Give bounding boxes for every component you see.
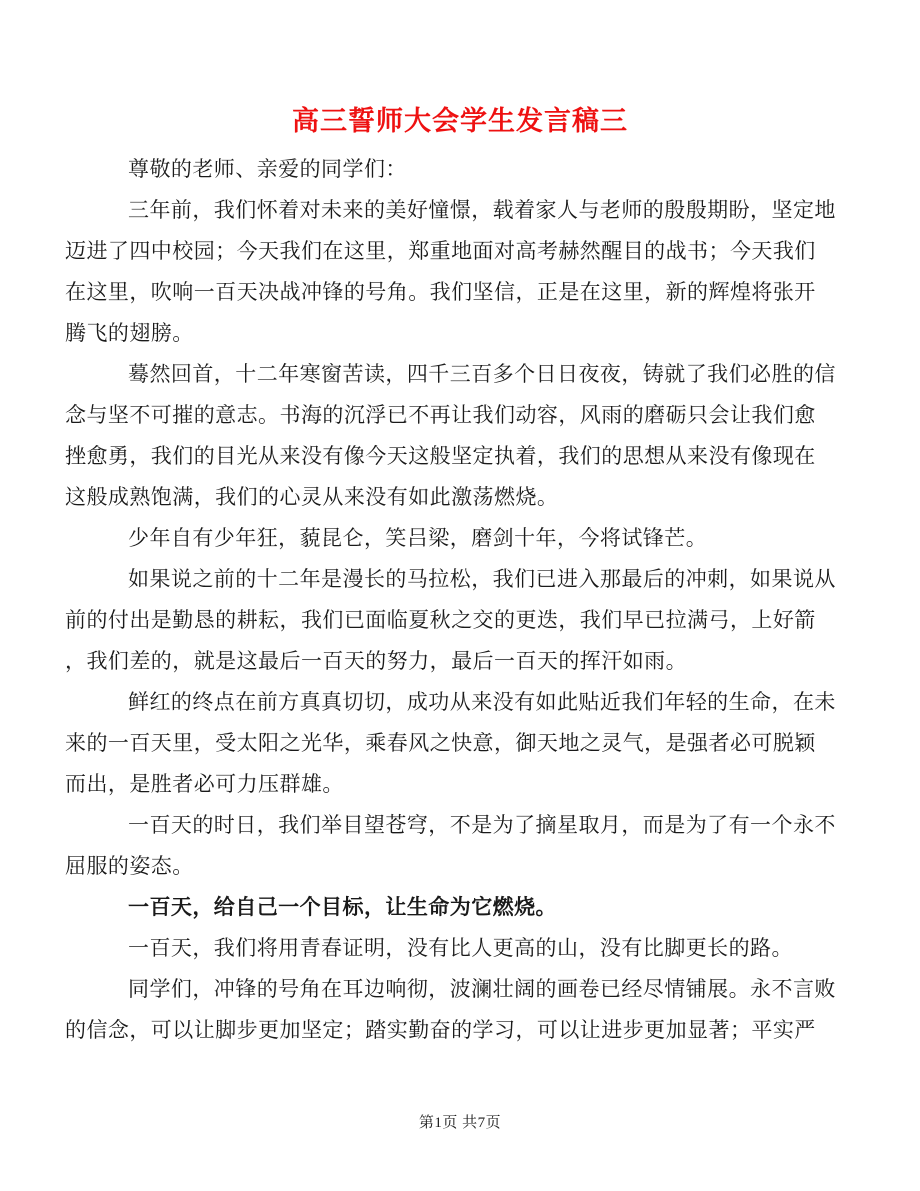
- document-title: 高三誓师大会学生发言稿三: [0, 102, 920, 140]
- text-line: 腾飞的翅膀。: [65, 313, 855, 354]
- text-line: 迈进了四中校园；今天我们在这里，郑重地面对高考赫然醒目的战书；今天我们: [65, 231, 855, 272]
- text-line: 蓦然回首，十二年寒窗苦读，四千三百多个日日夜夜，铸就了我们必胜的信: [65, 354, 855, 395]
- text-line: 鲜红的终点在前方真真切切，成功从来没有如此贴近我们年轻的生命，在未: [65, 682, 855, 723]
- text-line: 念与坚不可摧的意志。书海的沉浮已不再让我们动容，风雨的磨砺只会让我们愈: [65, 395, 855, 436]
- text-line: 一百天，我们将用青春证明，没有比人更高的山，没有比脚更长的路。: [65, 928, 855, 969]
- text-line: 三年前，我们怀着对未来的美好憧憬，载着家人与老师的殷殷期盼，坚定地: [65, 190, 855, 231]
- document-page: 高三誓师大会学生发言稿三 尊敬的老师、亲爱的同学们：三年前，我们怀着对未来的美好…: [0, 0, 920, 1191]
- text-line: 而出，是胜者必可力压群雄。: [65, 764, 855, 805]
- text-line: 在这里，吹响一百天决战冲锋的号角。我们坚信，正是在这里，新的辉煌将张开: [65, 272, 855, 313]
- document-body: 尊敬的老师、亲爱的同学们：三年前，我们怀着对未来的美好憧憬，载着家人与老师的殷殷…: [65, 149, 855, 1051]
- text-line: 尊敬的老师、亲爱的同学们：: [65, 149, 855, 190]
- text-line: 同学们，冲锋的号角在耳边响彻，波澜壮阔的画卷已经尽情铺展。永不言败: [65, 969, 855, 1010]
- text-line: 这般成熟饱满，我们的心灵从来没有如此激荡燃烧。: [65, 477, 855, 518]
- emphasis-line: 一百天，给自己一个目标，让生命为它燃烧。: [65, 887, 855, 928]
- page-number: 第1页 共7页: [0, 1112, 920, 1134]
- text-line: ，我们差的，就是这最后一百天的努力，最后一百天的挥汗如雨。: [65, 641, 855, 682]
- text-line: 少年自有少年狂，藐昆仑，笑吕梁，磨剑十年，今将试锋芒。: [65, 518, 855, 559]
- text-line: 如果说之前的十二年是漫长的马拉松，我们已进入那最后的冲刺，如果说从: [65, 559, 855, 600]
- text-line: 的信念，可以让脚步更加坚定；踏实勤奋的学习，可以让进步更加显著；平实严: [65, 1010, 855, 1051]
- text-line: 来的一百天里，受太阳之光华，乘春风之快意，御天地之灵气，是强者必可脱颖: [65, 723, 855, 764]
- text-line: 一百天的时日，我们举目望苍穹，不是为了摘星取月，而是为了有一个永不: [65, 805, 855, 846]
- text-line: 前的付出是勤恳的耕耘，我们已面临夏秋之交的更迭，我们早已拉满弓，上好箭: [65, 600, 855, 641]
- text-line: 屈服的姿态。: [65, 846, 855, 887]
- text-line: 挫愈勇，我们的目光从来没有像今天这般坚定执着，我们的思想从来没有像现在: [65, 436, 855, 477]
